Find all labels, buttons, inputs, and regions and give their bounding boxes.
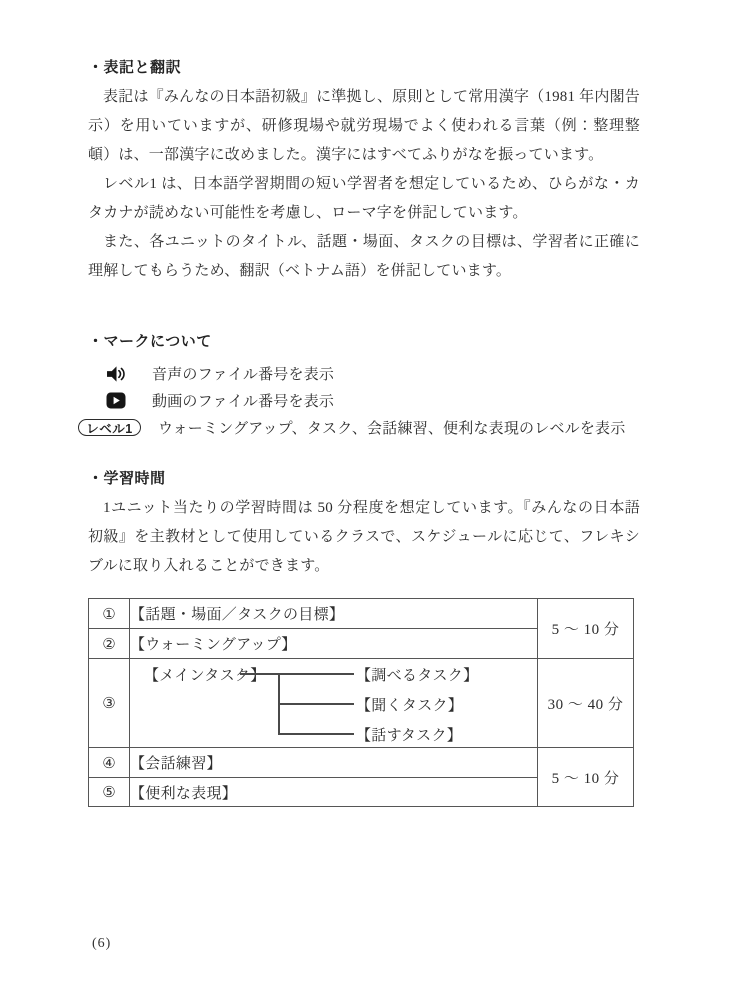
section-study-time: ・学習時間 1ユニット当たりの学習時間は 50 分程度を想定しています。『みんな… (88, 469, 640, 581)
row-number: ② (89, 629, 130, 659)
notation-paragraph-1: 表記は『みんなの日本語初級』に準拠し、原則として常用漢字（1981 年内閣告示）… (88, 83, 640, 170)
mark-row-audio: 音声のファイル番号を表示 (88, 360, 640, 387)
level-badge: レベル1 (78, 419, 141, 436)
time-cell: 30 ～ 40 分 (538, 659, 634, 748)
branch-label: 【話すタスク】 (356, 724, 462, 745)
row-label: 【会話練習】 (130, 748, 538, 778)
mark-row-level: レベル1 ウォーミングアップ、タスク、会話練習、便利な表現のレベルを表示 (88, 414, 640, 441)
table-row: ① 【話題・場面／タスクの目標】 5 ～ 10 分 (89, 599, 634, 629)
notation-paragraph-2: レベル1 は、日本語学習期間の短い学習者を想定しているため、ひらがな・カタカナが… (88, 170, 640, 228)
marks-heading: ・マークについて (88, 332, 640, 352)
branch-label: 【聞くタスク】 (356, 694, 463, 715)
schedule-table: ① 【話題・場面／タスクの目標】 5 ～ 10 分 ② 【ウォーミングアップ】 … (88, 598, 634, 807)
section-marks: ・マークについて 音声のファイル番号を表示 (88, 332, 640, 441)
study-time-heading: ・学習時間 (88, 469, 640, 489)
row-number: ① (89, 599, 130, 629)
main-task-label: 【メインタスク】 (144, 664, 266, 685)
row-label: 【便利な表現】 (130, 778, 538, 807)
mark-row-video: 動画のファイル番号を表示 (88, 387, 640, 414)
branch-line (278, 733, 354, 735)
mark-level-label: ウォーミングアップ、タスク、会話練習、便利な表現のレベルを表示 (158, 417, 625, 438)
mark-video-label: 動画のファイル番号を表示 (152, 390, 334, 411)
mark-legend: 音声のファイル番号を表示 動画のファイル番号を表示 レベル1 ウォーミングアップ… (88, 360, 640, 441)
row-number: ③ (89, 659, 130, 748)
time-cell: 5 ～ 10 分 (538, 748, 634, 807)
table-row-main-task: ③ 【メインタスク】 【調べるタスク】 【聞くタスク】 【話すタスク】 30 ～… (89, 659, 634, 748)
time-cell: 5 ～ 10 分 (538, 599, 634, 659)
mark-audio-label: 音声のファイル番号を表示 (152, 363, 334, 384)
branch-label: 【調べるタスク】 (356, 664, 478, 685)
row-number: ④ (89, 748, 130, 778)
branch-line (278, 703, 354, 705)
section-notation: ・表記と翻訳 表記は『みんなの日本語初級』に準拠し、原則として常用漢字（1981… (88, 58, 640, 286)
branch-trunk-line (278, 673, 280, 735)
notation-paragraph-3: また、各ユニットのタイトル、話題・場面、タスクの目標は、学習者に正確に理解しても… (88, 228, 640, 286)
speaker-icon (82, 365, 152, 383)
branch-line (240, 673, 354, 675)
row-number: ⑤ (89, 778, 130, 807)
level-badge-wrap: レベル1 (78, 419, 158, 436)
row-label: 【話題・場面／タスクの目標】 (130, 599, 538, 629)
table-row: ④ 【会話練習】 5 ～ 10 分 (89, 748, 634, 778)
study-time-paragraph: 1ユニット当たりの学習時間は 50 分程度を想定しています。『みんなの日本語初級… (88, 494, 640, 581)
page-number: (6) (92, 936, 111, 952)
video-play-icon (82, 392, 152, 409)
notation-heading: ・表記と翻訳 (88, 58, 640, 78)
document-page: ・表記と翻訳 表記は『みんなの日本語初級』に準拠し、原則として常用漢字（1981… (0, 0, 729, 1005)
task-branch-diagram: 【メインタスク】 【調べるタスク】 【聞くタスク】 【話すタスク】 (130, 659, 537, 747)
main-task-diagram-cell: 【メインタスク】 【調べるタスク】 【聞くタスク】 【話すタスク】 (130, 659, 538, 748)
row-label: 【ウォーミングアップ】 (130, 629, 538, 659)
